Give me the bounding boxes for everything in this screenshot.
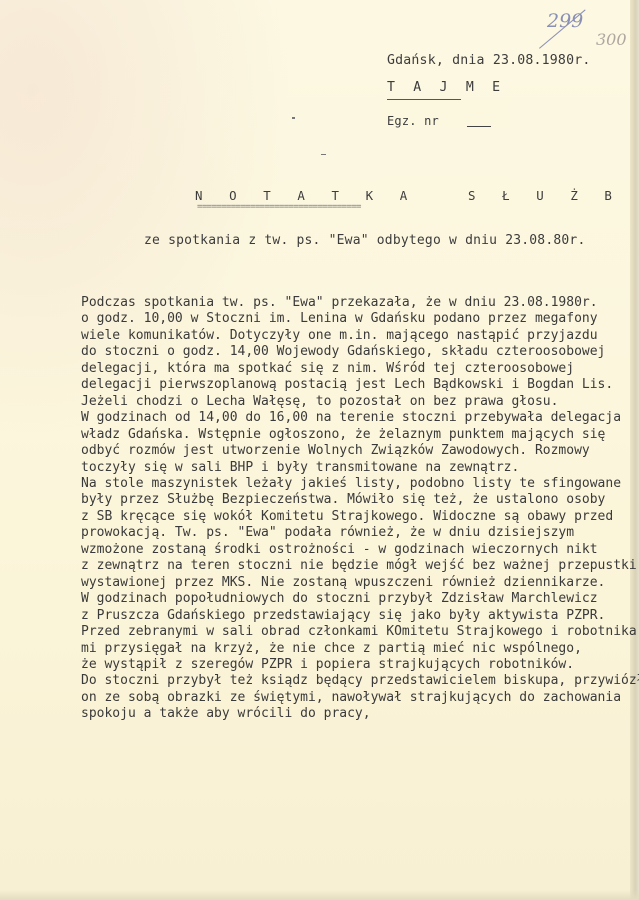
title-underline: ================================== [197,202,361,212]
body-line: mi przysięgał na krzyż, że nie chce z pa… [81,641,636,657]
body-line: Jeżeli chodzi o Lecha Wałęsę, to pozosta… [81,394,636,410]
body-line: W godzinach od 14,00 do 16,00 na terenie… [81,410,636,426]
body-line: delegacji, która ma spotkać się z nim. W… [81,361,636,377]
body-line: on ze sobą obrazki ze świętymi, nawoływa… [81,690,636,706]
body-line: wystawionej przez MKS. Nie zostaną wpusz… [81,575,636,591]
classification-underline [387,99,461,100]
body-line: prowokacją. Tw. ps. "Ewa" podała również… [81,525,636,541]
body-line: odbyć rozmów jest utworzenie Wolnych Zwi… [81,443,636,459]
body-line: z zewnątrz na teren stoczni nie będzie m… [81,558,636,574]
body-line: władz Gdańska. Wstępnie ogłoszono, że że… [81,427,636,443]
body-line: do stoczni o godz. 14,00 Wojewody Gdańsk… [81,344,636,360]
body-line: o godz. 10,00 w Stoczni im. Lenina w Gda… [81,311,636,327]
place-date: Gdańsk, dnia 23.08.1980r. [387,53,591,68]
body-line: toczyły się w sali BHP i były transmitow… [81,460,636,476]
document-page: 299 300 Gdańsk, dnia 23.08.1980r. T A J … [0,0,639,900]
ink-mark [292,117,295,119]
body-line: spokoju a także aby wrócili do pracy, [81,706,636,722]
body-line: Przed zebranymi w sali obrad członkami K… [81,624,636,640]
copy-number-blank [467,126,491,127]
document-title: N O T A T K A S Ł U Ż B O W A [195,188,639,203]
copy-number-label: Egz. nr [387,114,439,128]
document-subtitle: ze spotkania z tw. ps. "Ewa" odbytego w … [144,233,585,248]
body-line: wzmożone zostaną środki ostrożności - w … [81,542,636,558]
page-bottom-edge [0,890,639,900]
body-line: W godzinach popołudniowych do stoczni pr… [81,591,636,607]
handwritten-page-number-alt: 300 [596,30,627,49]
body-line: były przez Służbę Bezpieczeństwa. Mówiło… [81,492,636,508]
body-line: Do stoczni przybył też ksiądz będący prz… [81,673,636,689]
handwritten-page-number: 299 [547,10,583,32]
document-body: Podczas spotkania tw. ps. "Ewa" przekaza… [81,295,636,723]
body-line: z SB kręcące się wokół Komitetu Strajkow… [81,509,636,525]
body-line: wiele komunikatów. Dotyczyły one m.in. m… [81,328,636,344]
body-line: Podczas spotkania tw. ps. "Ewa" przekaza… [81,295,636,311]
body-line: z Pruszcza Gdańskiego przedstawiający si… [81,608,636,624]
ink-mark [321,154,326,155]
body-line: że wystąpił z szeregów PZPR i popiera st… [81,657,636,673]
classification-stamp: T A J M E [387,80,505,95]
body-line: delegacji pierwszoplanową postacią jest … [81,377,636,393]
body-line: Na stole maszynistek leżały jakieś listy… [81,476,636,492]
